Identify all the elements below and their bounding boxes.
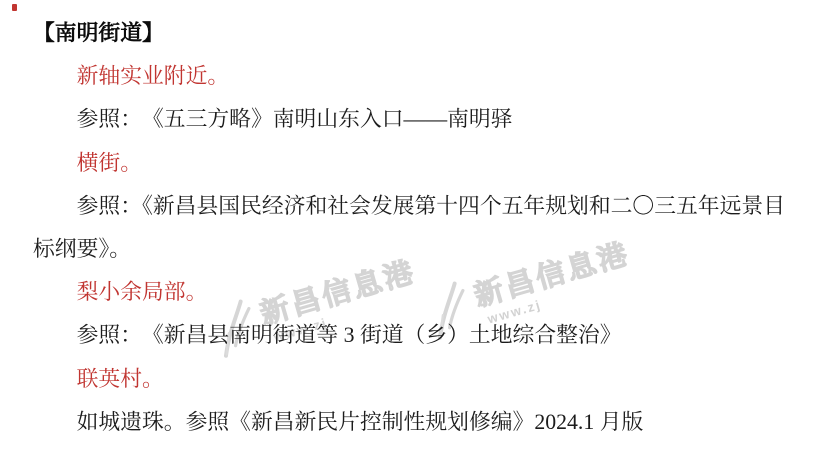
red-speck	[12, 4, 17, 11]
reference-paragraph: 参照：《新昌县国民经济和社会发展第十四个五年规划和二〇三五年远景目标纲要》。	[33, 185, 799, 271]
reference-paragraph: 如城遗珠。参照《新昌新民片控制性规划修编》2024.1 月版	[33, 401, 799, 444]
document-page: 新昌信息港 www.zj 新昌信息港 www.zj 【南明街道】 新轴实业附近。…	[0, 0, 832, 459]
reference-paragraph: 参照： 《新昌县南明街道等 3 街道（乡）土地综合整治》	[33, 314, 799, 357]
place-name-paragraph: 联英村。	[33, 358, 799, 401]
place-name-paragraph: 新轴实业附近。	[33, 55, 799, 98]
section-heading: 【南明街道】	[33, 12, 799, 55]
place-name-paragraph: 横街。	[33, 142, 799, 185]
place-name-paragraph: 梨小余局部。	[33, 271, 799, 314]
document-content: 【南明街道】 新轴实业附近。 参照： 《五三方略》南明山东入口——南明驿 横街。…	[0, 0, 832, 444]
reference-paragraph: 参照： 《五三方略》南明山东入口——南明驿	[33, 98, 799, 141]
